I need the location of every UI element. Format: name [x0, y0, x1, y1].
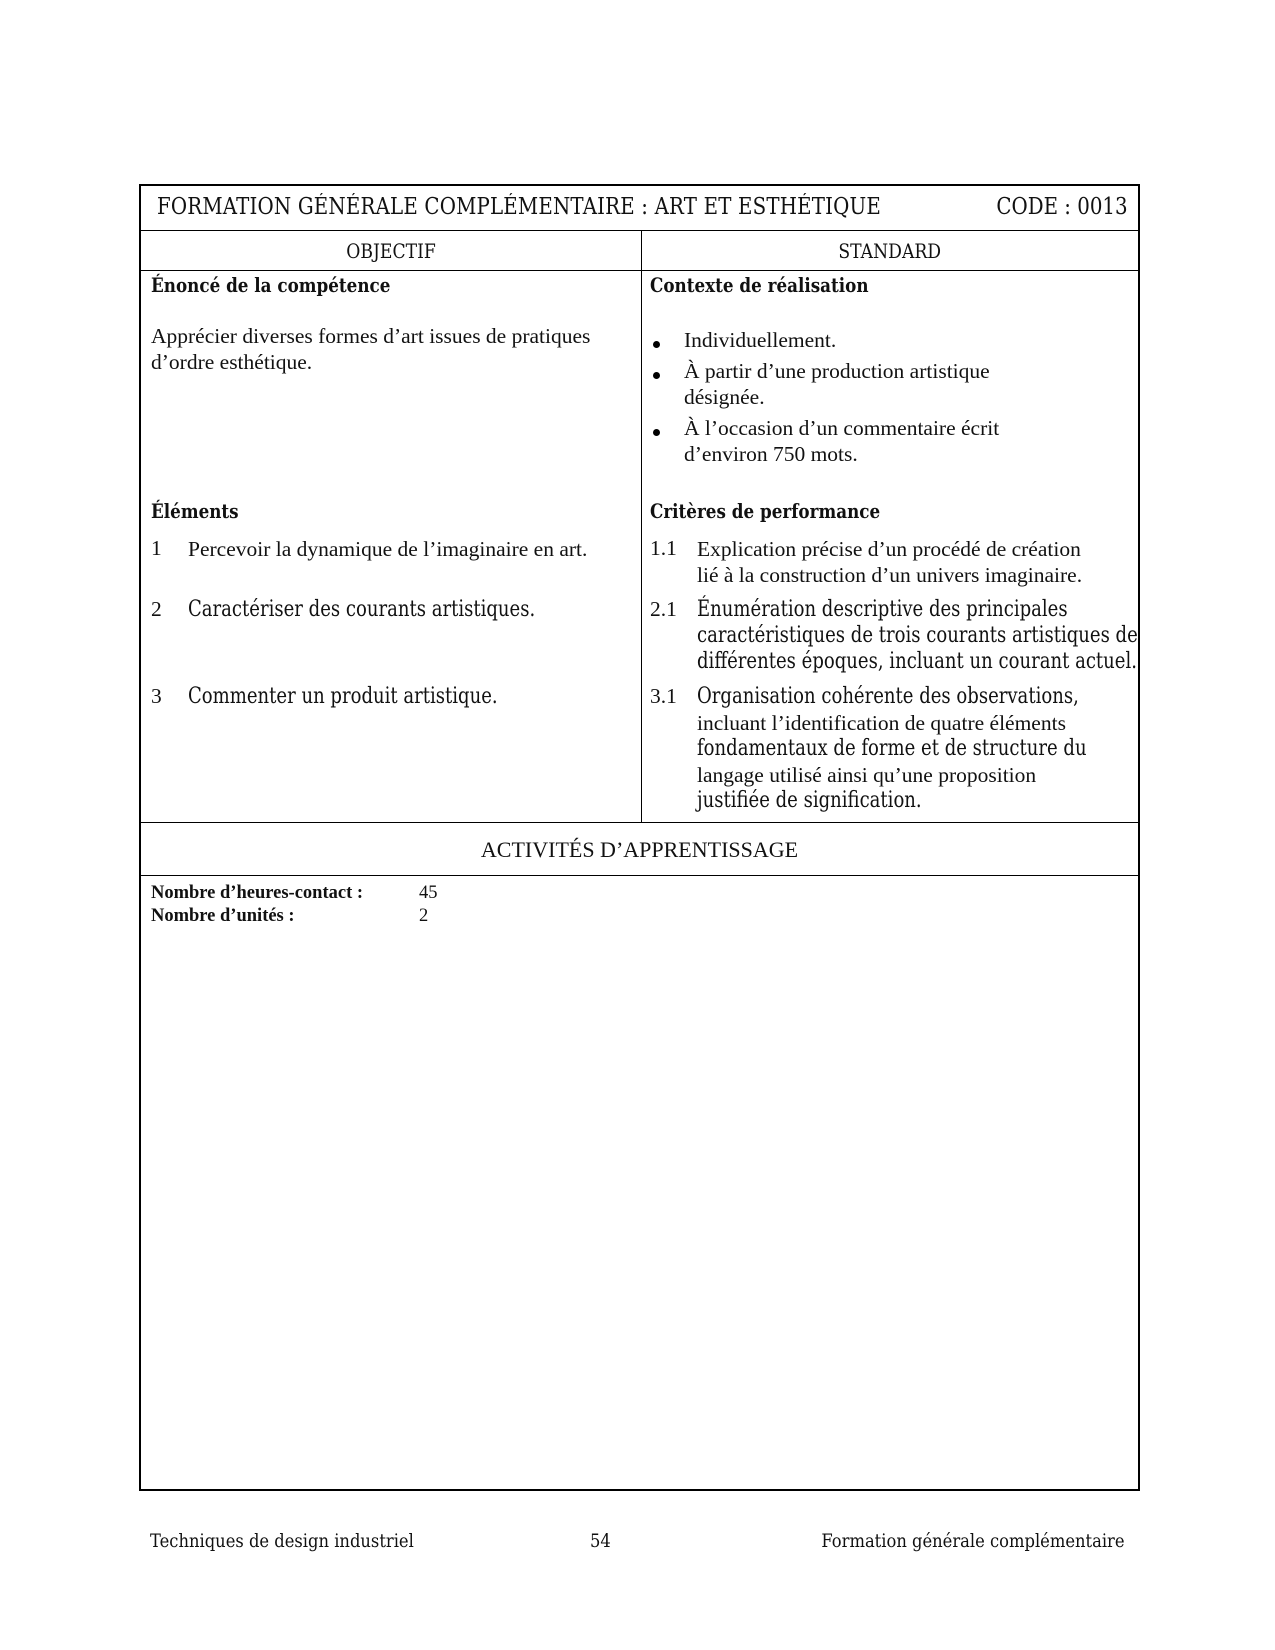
critere-text: langage utilisé ainsi qu’une proposition — [697, 762, 1036, 788]
document-page: FORMATION GÉNÉRALE COMPLÉMENTAIRE : ART … — [0, 0, 1275, 1650]
bullet-icon — [653, 341, 660, 348]
critere-number: 1.1 — [650, 536, 677, 561]
critere-text: caractéristiques de trois courants artis… — [697, 623, 1138, 649]
critere-number: 3.1 — [650, 684, 677, 709]
table-title: FORMATION GÉNÉRALE COMPLÉMENTAIRE : ART … — [157, 194, 881, 220]
enonce-heading: Énoncé de la compétence — [151, 274, 390, 297]
divider — [141, 875, 1138, 876]
element-number: 2 — [151, 597, 162, 622]
critere-text: incluant l’identification de quatre élém… — [697, 710, 1066, 736]
bullet-icon — [653, 372, 660, 379]
contexte-text: d’environ 750 mots. — [684, 441, 858, 467]
element-text: Percevoir la dynamique de l’imaginaire e… — [188, 536, 587, 562]
footer-right: Formation générale complémentaire — [822, 1530, 1125, 1552]
divider — [141, 270, 1138, 271]
enonce-line-1: Apprécier diverses formes d’art issues d… — [151, 323, 590, 349]
heures-value: 45 — [419, 883, 438, 904]
critere-text: lié à la construction d’un univers imagi… — [697, 562, 1082, 588]
element-text: Commenter un produit artistique. — [188, 684, 498, 710]
column-header-objectif: OBJECTIF — [141, 231, 641, 271]
critere-text: fondamentaux de forme et de structure du — [697, 736, 1087, 762]
contexte-text: À partir d’une production artistique — [684, 358, 990, 384]
criteres-heading: Critères de performance — [650, 500, 880, 523]
unites-label: Nombre d’unités : — [151, 906, 295, 927]
contexte-text: Individuellement. — [684, 327, 836, 353]
element-number: 1 — [151, 536, 162, 561]
course-code: CODE : 0013 — [997, 194, 1128, 220]
unites-value: 2 — [419, 906, 428, 927]
elements-heading: Éléments — [151, 500, 239, 523]
critere-text: Explication précise d’un procédé de créa… — [697, 536, 1081, 562]
critere-text: différentes époques, incluant un courant… — [697, 649, 1137, 675]
critere-text: Organisation cohérente des observations, — [697, 684, 1079, 710]
critere-text: Énumération descriptive des principales — [697, 597, 1068, 623]
column-divider — [641, 230, 642, 823]
contexte-heading: Contexte de réalisation — [650, 274, 869, 297]
element-text: Caractériser des courants artistiques. — [188, 597, 535, 623]
competency-table: FORMATION GÉNÉRALE COMPLÉMENTAIRE : ART … — [139, 184, 1140, 1491]
critere-number: 2.1 — [650, 597, 677, 622]
table-title-row: FORMATION GÉNÉRALE COMPLÉMENTAIRE : ART … — [141, 186, 1138, 231]
activites-heading: ACTIVITÉS D’APPRENTISSAGE — [141, 823, 1138, 876]
critere-text: justifiée de signification. — [697, 788, 922, 814]
heures-label: Nombre d’heures-contact : — [151, 883, 363, 904]
contexte-text: désignée. — [684, 384, 765, 410]
footer-left: Techniques de design industriel — [150, 1530, 414, 1552]
column-header-standard: STANDARD — [641, 231, 1138, 271]
bullet-icon — [653, 429, 660, 436]
element-number: 3 — [151, 684, 162, 709]
page-number: 54 — [590, 1530, 611, 1552]
contexte-text: À l’occasion d’un commentaire écrit — [684, 415, 999, 441]
enonce-line-2: d’ordre esthétique. — [151, 349, 312, 375]
